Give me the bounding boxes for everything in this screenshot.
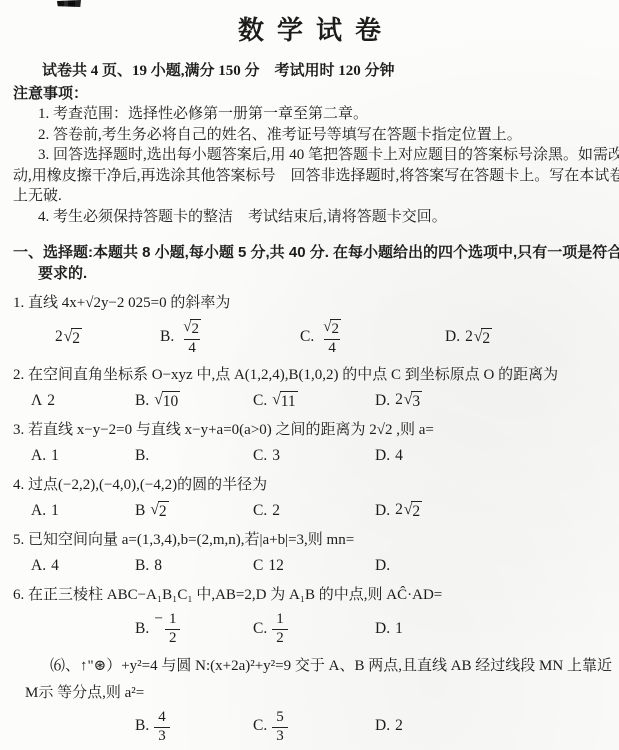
fraction: 43 bbox=[154, 710, 170, 745]
fraction-numerator: 5 bbox=[272, 710, 288, 727]
option-D-label: D. bbox=[445, 328, 460, 346]
question-2-option-D: D.2√3 bbox=[375, 391, 619, 410]
sqrt-expression: √10 bbox=[154, 391, 180, 410]
option-D-label: D. bbox=[375, 502, 390, 520]
sqrt-radical: √11 bbox=[272, 391, 297, 410]
fraction-denominator: 3 bbox=[154, 727, 170, 745]
question-3-option-D: D.4 bbox=[375, 447, 619, 465]
scanner-artifact-mark bbox=[57, 0, 81, 7]
option-C-label: C. bbox=[253, 620, 267, 638]
question-2-stem: 2. 在空间直角坐标系 O−xyz 中,点 A(1,2,4),B(1,0,2) … bbox=[13, 366, 619, 385]
question-6: 6. 在正三棱柱 ABC−A₁B₁C₁ 中,AB=2,D 为 A₁B 的中点,则… bbox=[13, 586, 619, 647]
question-4-stem: 4. 过点(−2,2),(−4,0),(−4,2)的圆的半径为 bbox=[13, 476, 619, 495]
fraction-expression: 12 bbox=[272, 610, 288, 647]
section-1-heading-line-2: 要求的. bbox=[13, 263, 613, 284]
option-D-value: 4 bbox=[395, 447, 403, 465]
sqrt-radical: √2 bbox=[64, 328, 82, 347]
notice-heading: 注意事项： bbox=[13, 86, 619, 102]
fraction: 53 bbox=[272, 710, 288, 745]
option-B-label: B. bbox=[135, 447, 149, 465]
sqrt-radical: √2 bbox=[474, 328, 492, 347]
question-3-stem: 3. 若直线 x−y−2=0 与直线 x−y+a=0(a>0) 之间的距离为 2… bbox=[13, 421, 619, 440]
question-3: 3. 若直线 x−y−2=0 与直线 x−y+a=0(a>0) 之间的距离为 2… bbox=[13, 421, 619, 466]
question-2: 2. 在空间直角坐标系 O−xyz 中,点 A(1,2,4),B(1,0,2) … bbox=[13, 366, 619, 411]
notice-item-3-cont-1: 动,用橡皮擦干净后,再选涂其他答案标号 回答非选择题时,将答案写在答题卡上。写在… bbox=[13, 166, 613, 187]
sqrt-expression: 2√2 bbox=[465, 328, 492, 347]
notice-item-3-cont-2: 上无破. bbox=[13, 186, 613, 207]
option-A-value: 4 bbox=[51, 557, 59, 575]
fraction-denominator: 4 bbox=[324, 339, 340, 357]
option-A-value: 2 bbox=[47, 392, 55, 410]
question-4-option-D: D.2√2 bbox=[375, 501, 619, 520]
fraction-numerator: √2 bbox=[179, 319, 205, 339]
sqrt-expression: √11 bbox=[272, 391, 297, 410]
sqrt-expression: √2 bbox=[183, 319, 201, 335]
question-3-options: A.1B.C.3D.4 bbox=[13, 445, 619, 466]
sqrt-coefficient: 2 bbox=[55, 328, 63, 345]
fraction-expression: 43 bbox=[154, 708, 170, 745]
question-5-option-A: A.4 bbox=[31, 557, 135, 575]
question-1-stem: 1. 直线 4x+√2y−2 025=0 的斜率为 bbox=[13, 294, 619, 313]
question-3-option-A: A.1 bbox=[31, 447, 135, 465]
sqrt-expression: 2√2 bbox=[55, 328, 82, 347]
question-5-options: A.4B.8C12D. bbox=[13, 555, 619, 576]
option-D-label: D. bbox=[375, 447, 390, 465]
option-C-label: C. bbox=[300, 328, 314, 346]
fraction-expression: 53 bbox=[272, 708, 288, 745]
option-D-label: D. bbox=[375, 557, 390, 575]
sqrt-radical: √2 bbox=[183, 319, 201, 338]
radicand: 11 bbox=[280, 391, 298, 410]
fraction-expression: √24 bbox=[179, 318, 205, 356]
section-1-heading: 一、选择题:本题共 8 小题,每小题 5 分,共 40 分. 在每小题给出的四个… bbox=[13, 242, 613, 284]
fraction-numerator: 1 bbox=[272, 612, 288, 629]
question-1-option-C: C.√24 bbox=[300, 318, 445, 356]
page-title: 数学试卷 bbox=[0, 14, 619, 46]
question-5: 5. 已知空间向量 a=(1,3,4),b=(2,m,n),若|a+b|=3,则… bbox=[13, 531, 619, 576]
section-1-heading-line-1: 一、选择题:本题共 8 小题,每小题 5 分,共 40 分. 在每小题给出的四个… bbox=[13, 242, 613, 263]
fraction-denominator: 3 bbox=[272, 727, 288, 745]
option-D-value: 2 bbox=[395, 717, 403, 735]
question-4-option-C: C.2 bbox=[253, 502, 375, 520]
question-5-option-C: C12 bbox=[253, 557, 375, 575]
question-3-option-B: B. bbox=[135, 447, 253, 465]
option-B-value: 8 bbox=[154, 557, 162, 575]
option-B-label: B. bbox=[160, 328, 174, 346]
question-4: 4. 过点(−2,2),(−4,0),(−4,2)的圆的半径为A.1B√2C.2… bbox=[13, 476, 619, 521]
fraction: 12 bbox=[272, 612, 288, 647]
sqrt-expression: 2√2 bbox=[395, 501, 422, 520]
sqrt-radical: √2 bbox=[150, 501, 168, 520]
option-B-label: B. bbox=[135, 557, 149, 575]
question-7-option-B: B.43 bbox=[135, 708, 253, 745]
fraction-denominator: 2 bbox=[165, 629, 181, 647]
question-6-options: B.−12C.12D.1 bbox=[13, 610, 619, 647]
radicand: 2 bbox=[158, 501, 169, 520]
option-C-value: 12 bbox=[268, 557, 284, 575]
question-2-option-B: B.√10 bbox=[135, 391, 253, 410]
option-A-value: 1 bbox=[51, 502, 59, 520]
sqrt-coefficient: 2 bbox=[465, 328, 473, 345]
question-7: ⑹、↑"⊛）+y²=4 与圆 N:(x+2a)²+y²=9 交于 A、B 两点,… bbox=[13, 657, 619, 745]
question-3-option-C: C.3 bbox=[253, 447, 375, 465]
option-A-label: Λ bbox=[31, 392, 42, 410]
question-1-option-B: B.√24 bbox=[160, 318, 300, 356]
notice-item-2: 2. 答卷前,考生务必将自己的姓名、准考证号等填写在答题卡指定位置上。 bbox=[13, 125, 613, 146]
fraction-numerator: 4 bbox=[154, 710, 170, 727]
question-1-option-A: 2√2 bbox=[55, 328, 160, 347]
option-B-label: B bbox=[135, 502, 145, 520]
sqrt-radical: √2 bbox=[404, 501, 422, 520]
option-A-label: A. bbox=[31, 502, 46, 520]
notice-item-1: 1. 考查范围：选择性必修第一册第一章至第二章。 bbox=[13, 104, 613, 125]
radicand: 10 bbox=[162, 391, 181, 410]
option-A-label: A. bbox=[31, 447, 46, 465]
question-7-stem: ⑹、↑"⊛）+y²=4 与圆 N:(x+2a)²+y²=9 交于 A、B 两点,… bbox=[13, 657, 619, 676]
question-1: 1. 直线 4x+√2y−2 025=0 的斜率为2√2B.√24C.√24D.… bbox=[13, 294, 619, 356]
question-2-options: Λ2B.√10C.√11D.2√3 bbox=[13, 390, 619, 411]
radicand: 2 bbox=[330, 319, 341, 338]
option-D-label: D. bbox=[375, 717, 390, 735]
option-C-value: 3 bbox=[272, 447, 280, 465]
fraction-denominator: 2 bbox=[272, 629, 288, 647]
sqrt-expression: √2 bbox=[323, 319, 341, 335]
option-B-label: B. bbox=[135, 620, 149, 638]
option-C-label: C bbox=[253, 557, 263, 575]
option-A-label: A. bbox=[31, 557, 46, 575]
notice-item-3: 3. 回答选择题时,选出每小题答案后,用 40 笔把答题卡上对应题目的答案标号涂… bbox=[13, 145, 613, 166]
option-A-value: 1 bbox=[51, 447, 59, 465]
option-C-label: C. bbox=[253, 392, 267, 410]
sqrt-radical: √3 bbox=[404, 391, 422, 410]
fraction: 12 bbox=[165, 612, 181, 647]
question-7-options: B.43C.53D.2 bbox=[13, 708, 619, 745]
question-6-stem: 6. 在正三棱柱 ABC−A₁B₁C₁ 中,AB=2,D 为 A₁B 的中点,则… bbox=[13, 586, 619, 605]
sqrt-coefficient: 2 bbox=[395, 501, 403, 518]
question-4-options: A.1B√2C.2D.2√2 bbox=[13, 500, 619, 521]
fraction-numerator: 1 bbox=[165, 612, 181, 629]
option-D-label: D. bbox=[375, 392, 390, 410]
exam-paper-page: 数学试卷 试卷共 4 页、19 小题,满分 150 分 考试用时 120 分钟 … bbox=[0, 0, 619, 750]
option-C-label: C. bbox=[253, 502, 267, 520]
question-5-stem: 5. 已知空间向量 a=(1,3,4),b=(2,m,n),若|a+b|=3,则… bbox=[13, 531, 619, 550]
question-7-stem-line-2: M示 等分点,则 a²= bbox=[13, 684, 619, 703]
fraction-numerator: √2 bbox=[319, 319, 345, 339]
question-6-option-D: D.1 bbox=[375, 620, 619, 638]
radicand: 2 bbox=[190, 319, 201, 338]
option-D-value: 1 bbox=[395, 620, 403, 638]
question-2-option-A: Λ2 bbox=[31, 392, 135, 410]
fraction-expression: √24 bbox=[319, 318, 345, 356]
question-list: 1. 直线 4x+√2y−2 025=0 的斜率为2√2B.√24C.√24D.… bbox=[0, 294, 619, 744]
question-7-option-C: C.53 bbox=[253, 708, 375, 745]
sqrt-radical: √10 bbox=[154, 391, 180, 410]
fraction-expression: −12 bbox=[154, 610, 180, 647]
notice-item-4: 4. 考生必须保持答题卡的整洁 考试结束后,请将答题卡交回。 bbox=[13, 207, 613, 228]
question-6-option-C: C.12 bbox=[253, 610, 375, 647]
sqrt-radical: √2 bbox=[323, 319, 341, 338]
question-2-option-C: C.√11 bbox=[253, 391, 375, 410]
radicand: 2 bbox=[411, 501, 422, 520]
option-C-value: 2 bbox=[272, 502, 280, 520]
option-C-label: C. bbox=[253, 717, 267, 735]
radicand: 2 bbox=[481, 328, 492, 347]
sqrt-coefficient: 2 bbox=[395, 391, 403, 408]
fraction: √24 bbox=[319, 319, 345, 356]
question-7-option-D: D.2 bbox=[375, 717, 619, 735]
option-C-label: C. bbox=[253, 447, 267, 465]
option-D-label: D. bbox=[375, 620, 390, 638]
radicand: 3 bbox=[411, 391, 422, 410]
option-B-label: B. bbox=[135, 392, 149, 410]
question-1-option-D: D.2√2 bbox=[445, 328, 619, 347]
minus-sign: − bbox=[154, 610, 163, 627]
exam-info-line: 试卷共 4 页、19 小题,满分 150 分 考试用时 120 分钟 bbox=[42, 63, 619, 80]
question-6-option-B: B.−12 bbox=[135, 610, 253, 647]
question-5-option-D: D. bbox=[375, 557, 619, 575]
fraction: √24 bbox=[179, 319, 205, 356]
sqrt-expression: 2√3 bbox=[395, 391, 422, 410]
question-4-option-B: B√2 bbox=[135, 501, 253, 520]
radicand: 2 bbox=[71, 328, 82, 347]
question-4-option-A: A.1 bbox=[31, 502, 135, 520]
notice-list: 1. 考查范围：选择性必修第一册第一章至第二章。2. 答卷前,考生务必将自己的姓… bbox=[0, 104, 619, 227]
question-1-options: 2√2B.√24C.√24D.2√2 bbox=[13, 318, 619, 356]
option-B-label: B. bbox=[135, 717, 149, 735]
sqrt-expression: √2 bbox=[150, 501, 168, 520]
fraction-denominator: 4 bbox=[184, 339, 200, 357]
question-5-option-B: B.8 bbox=[135, 557, 253, 575]
